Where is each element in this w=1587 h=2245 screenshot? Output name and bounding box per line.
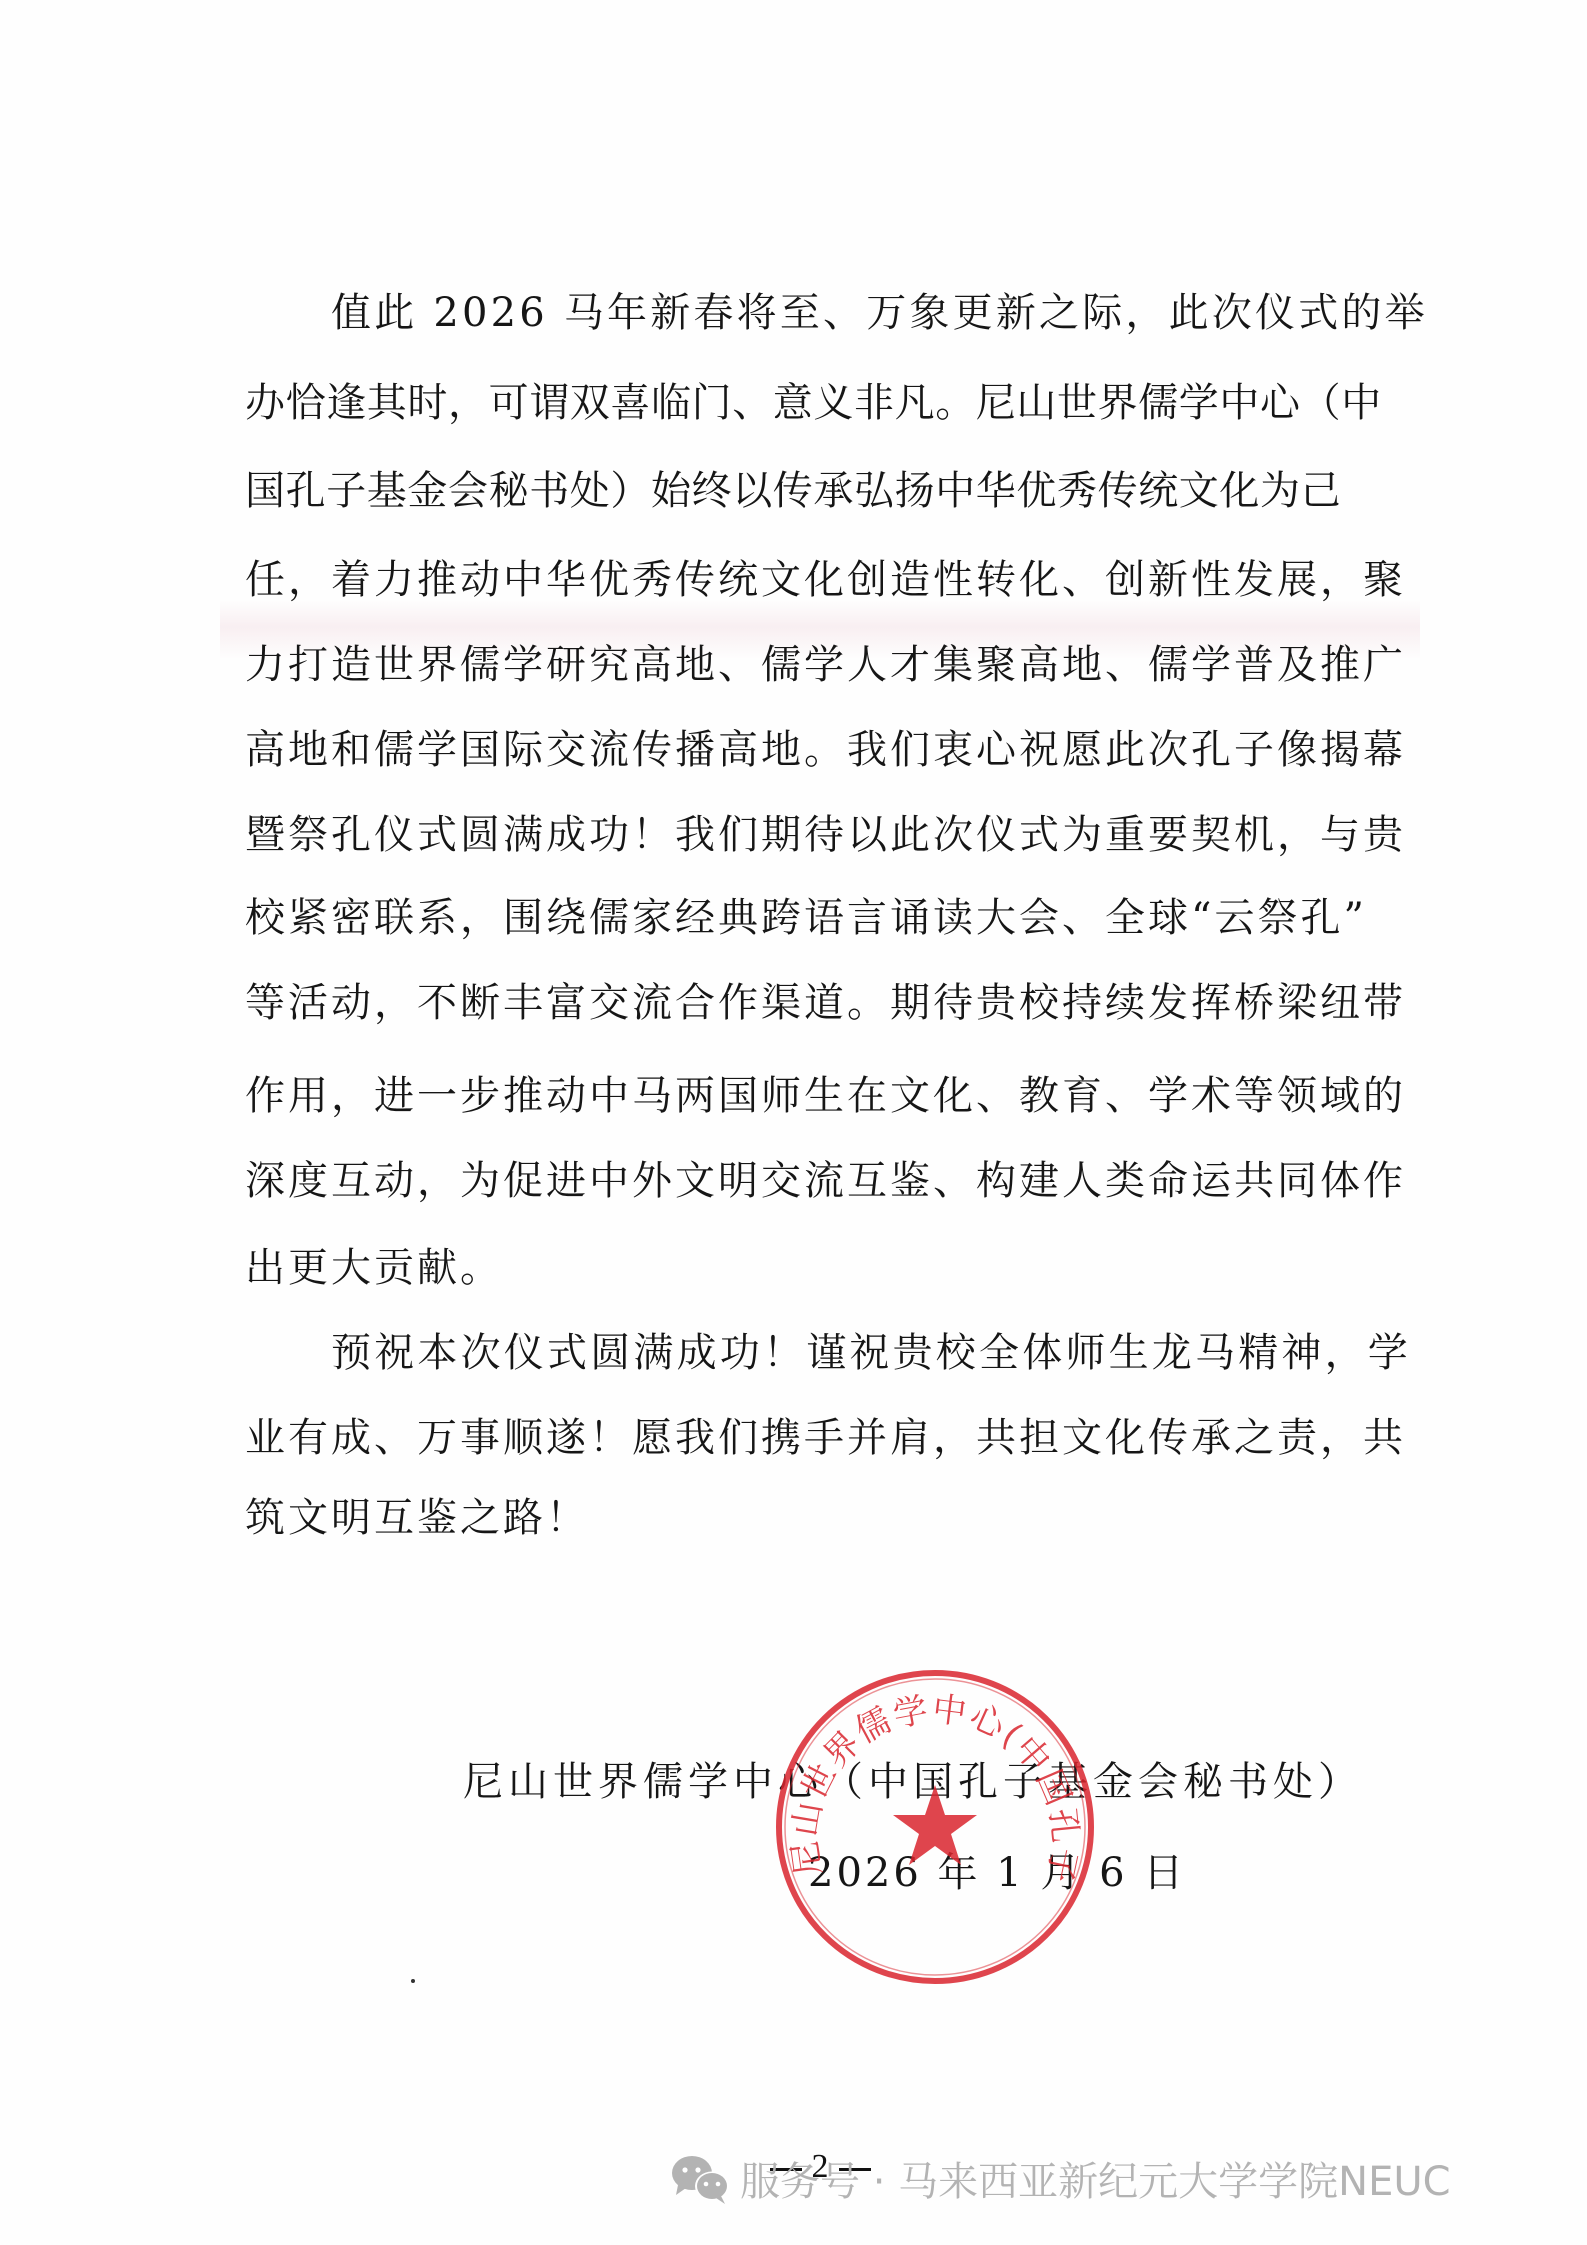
text-line: 任，着力推动中华优秀传统文化创造性转化、创新性发展，聚 [245, 560, 1406, 604]
wechat-watermark: 服务号 · 马来西亚新纪元大学学院NEUC [668, 2150, 1451, 2207]
text-line: 暨祭孔仪式圆满成功！我们期待以此次仪式为重要契机，与贵 [245, 815, 1406, 859]
text-line: 业有成、万事顺遂！愿我们携手并肩，共担文化传承之责，共 [245, 1418, 1406, 1462]
text-line: 办恰逢其时，可谓双喜临门、意义非凡。尼山世界儒学中心（中 [245, 383, 1382, 427]
official-seal-icon: 尼山世界儒学中心(中国孔子基金会秘书处) [773, 1667, 1097, 1987]
text-line: 预祝本次仪式圆满成功！谨祝贵校全体师生龙马精神，学 [245, 1333, 1411, 1377]
wechat-icon [668, 2153, 732, 2205]
text-line: 出更大贡献。 [245, 1248, 503, 1292]
letter-page: 值此 2026 马年新春将至、万象更新之际，此次仪式的举 办恰逢其时，可谓双喜临… [0, 0, 1587, 2245]
text-line: 校紧密联系，围绕儒家经典跨语言诵读大会、全球“云祭孔” [245, 898, 1367, 942]
svg-text:尼山世界儒学中心(中国孔子基金会秘书处): 尼山世界儒学中心(中国孔子基金会秘书处) [773, 1667, 1085, 1887]
text-line: 高地和儒学国际交流传播高地。我们衷心祝愿此次孔子像揭幕 [245, 730, 1406, 774]
paper-speck [411, 1979, 415, 1983]
text-line: 等活动，不断丰富交流合作渠道。期待贵校持续发挥桥梁纽带 [245, 983, 1406, 1027]
text-line: 作用，进一步推动中马两国师生在文化、教育、学术等领域的 [245, 1076, 1406, 1120]
text-line: 值此 2026 马年新春将至、万象更新之际，此次仪式的举 [245, 293, 1428, 337]
text-line: 国孔子基金会秘书处）始终以传承弘扬中华优秀传统文化为己 [245, 471, 1341, 515]
watermark-text: 服务号 · 马来西亚新纪元大学学院NEUC [740, 2150, 1451, 2207]
text-line: 深度互动，为促进中外文明交流互鉴、构建人类命运共同体作 [245, 1161, 1406, 1205]
text-line: 力打造世界儒学研究高地、儒学人才集聚高地、儒学普及推广 [245, 645, 1406, 689]
text-line: 筑文明互鉴之路！ [245, 1498, 589, 1542]
